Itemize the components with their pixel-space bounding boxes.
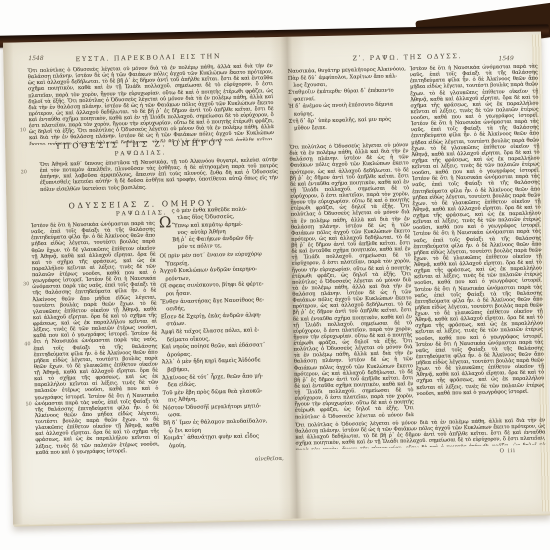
intro-paragraph: Ὅτι πολύτλας ὁ Ὀδυσσεὺς λέγεται οὐ μόνον… [28, 63, 275, 145]
commentary-right-column: Ἰστέον δὲ ὅτι ἡ Ναυσικάα ὠνόμασται παρὰ … [410, 64, 545, 417]
page-spread: 1548 ΕΥΣΤΑ. ΠΑΡΕΚΒΟΛΑΙ ΕΙΣ ΤΗΝ Ὅτι πολύτ… [3, 31, 550, 524]
verse-column: Οἳ πρὶν μέν ποτ᾽ ἔναιον ἐν εὐρυχόρῳ Ὑπερ… [160, 251, 285, 451]
verse-block-right: Ναυσικάα, θυγάτηρ μεγαλήτορος Ἀλκινόοιο,… [288, 66, 409, 132]
margin-number: 40 [24, 342, 30, 347]
signature-mark: O iii [488, 448, 528, 455]
left-page: 1548 ΕΥΣΤΑ. ΠΑΡΕΚΒΟΛΑΙ ΕΙΣ ΤΗΝ Ὅτι πολύτ… [3, 37, 279, 524]
catchword: αἰνεθεῖσα, [210, 456, 284, 464]
running-header-right: Ζʹ. ΡΑΨΩ. ΤΗΣ ΟΔΥΣΣ. [307, 51, 507, 63]
commentary-column-left: Ἰστέον δὲ ὅτι ἡ Ναυσικάα ὠνόμασται παρὰ … [31, 221, 160, 460]
margin-number: 50 [26, 402, 32, 407]
right-page: Ζʹ. ΡΑΨΩ. ΤΗΣ ΟΔΥΣΣ. 1549 Ναυσικάα, θυγά… [279, 31, 550, 518]
hypothesis-paragraph: Ὅτι Ἀθηνᾶ καθ᾽ ὕπνους ἐπιστᾶσα τῇ Ναυσικ… [40, 157, 279, 199]
drop-cap-omega: Ω [159, 215, 172, 230]
margin-number: 30 [23, 282, 29, 287]
open-book: 1548 ΕΥΣΤΑ. ΠΑΡΕΚΒΟΛΑΙ ΕΙΣ ΤΗΝ Ὅτι πολύτ… [0, 24, 550, 527]
margin-number: 10 [20, 128, 26, 133]
margin-number: 20 [21, 170, 27, 175]
book-photo: 1548 ΕΥΣΤΑ. ΠΑΡΕΚΒΟΛΑΙ ΕΙΣ ΤΗΝ Ὅτι πολύτ… [0, 0, 550, 550]
commentary-bottom-block: Ὅτι πολύτλας ὁ Ὀδυσσεὺς λέγεται οὐ μόνον… [295, 417, 546, 449]
commentary-left-column: Ὅτι πολύτλας ὁ Ὀδυσσεὺς λέγεται οὐ μόνον… [289, 142, 414, 418]
running-header-left: ΕΥΣΤΑ. ΠΑΡΕΚΒΟΛΑΙ ΕΙΣ ΤΗΝ [23, 51, 273, 64]
folio-right: 1549 [498, 55, 513, 62]
verse-opening-block: ς ὁ μὲν ἔνθα καθεῦδε πολύ- τλας δῖος Ὀδυ… [172, 206, 281, 252]
